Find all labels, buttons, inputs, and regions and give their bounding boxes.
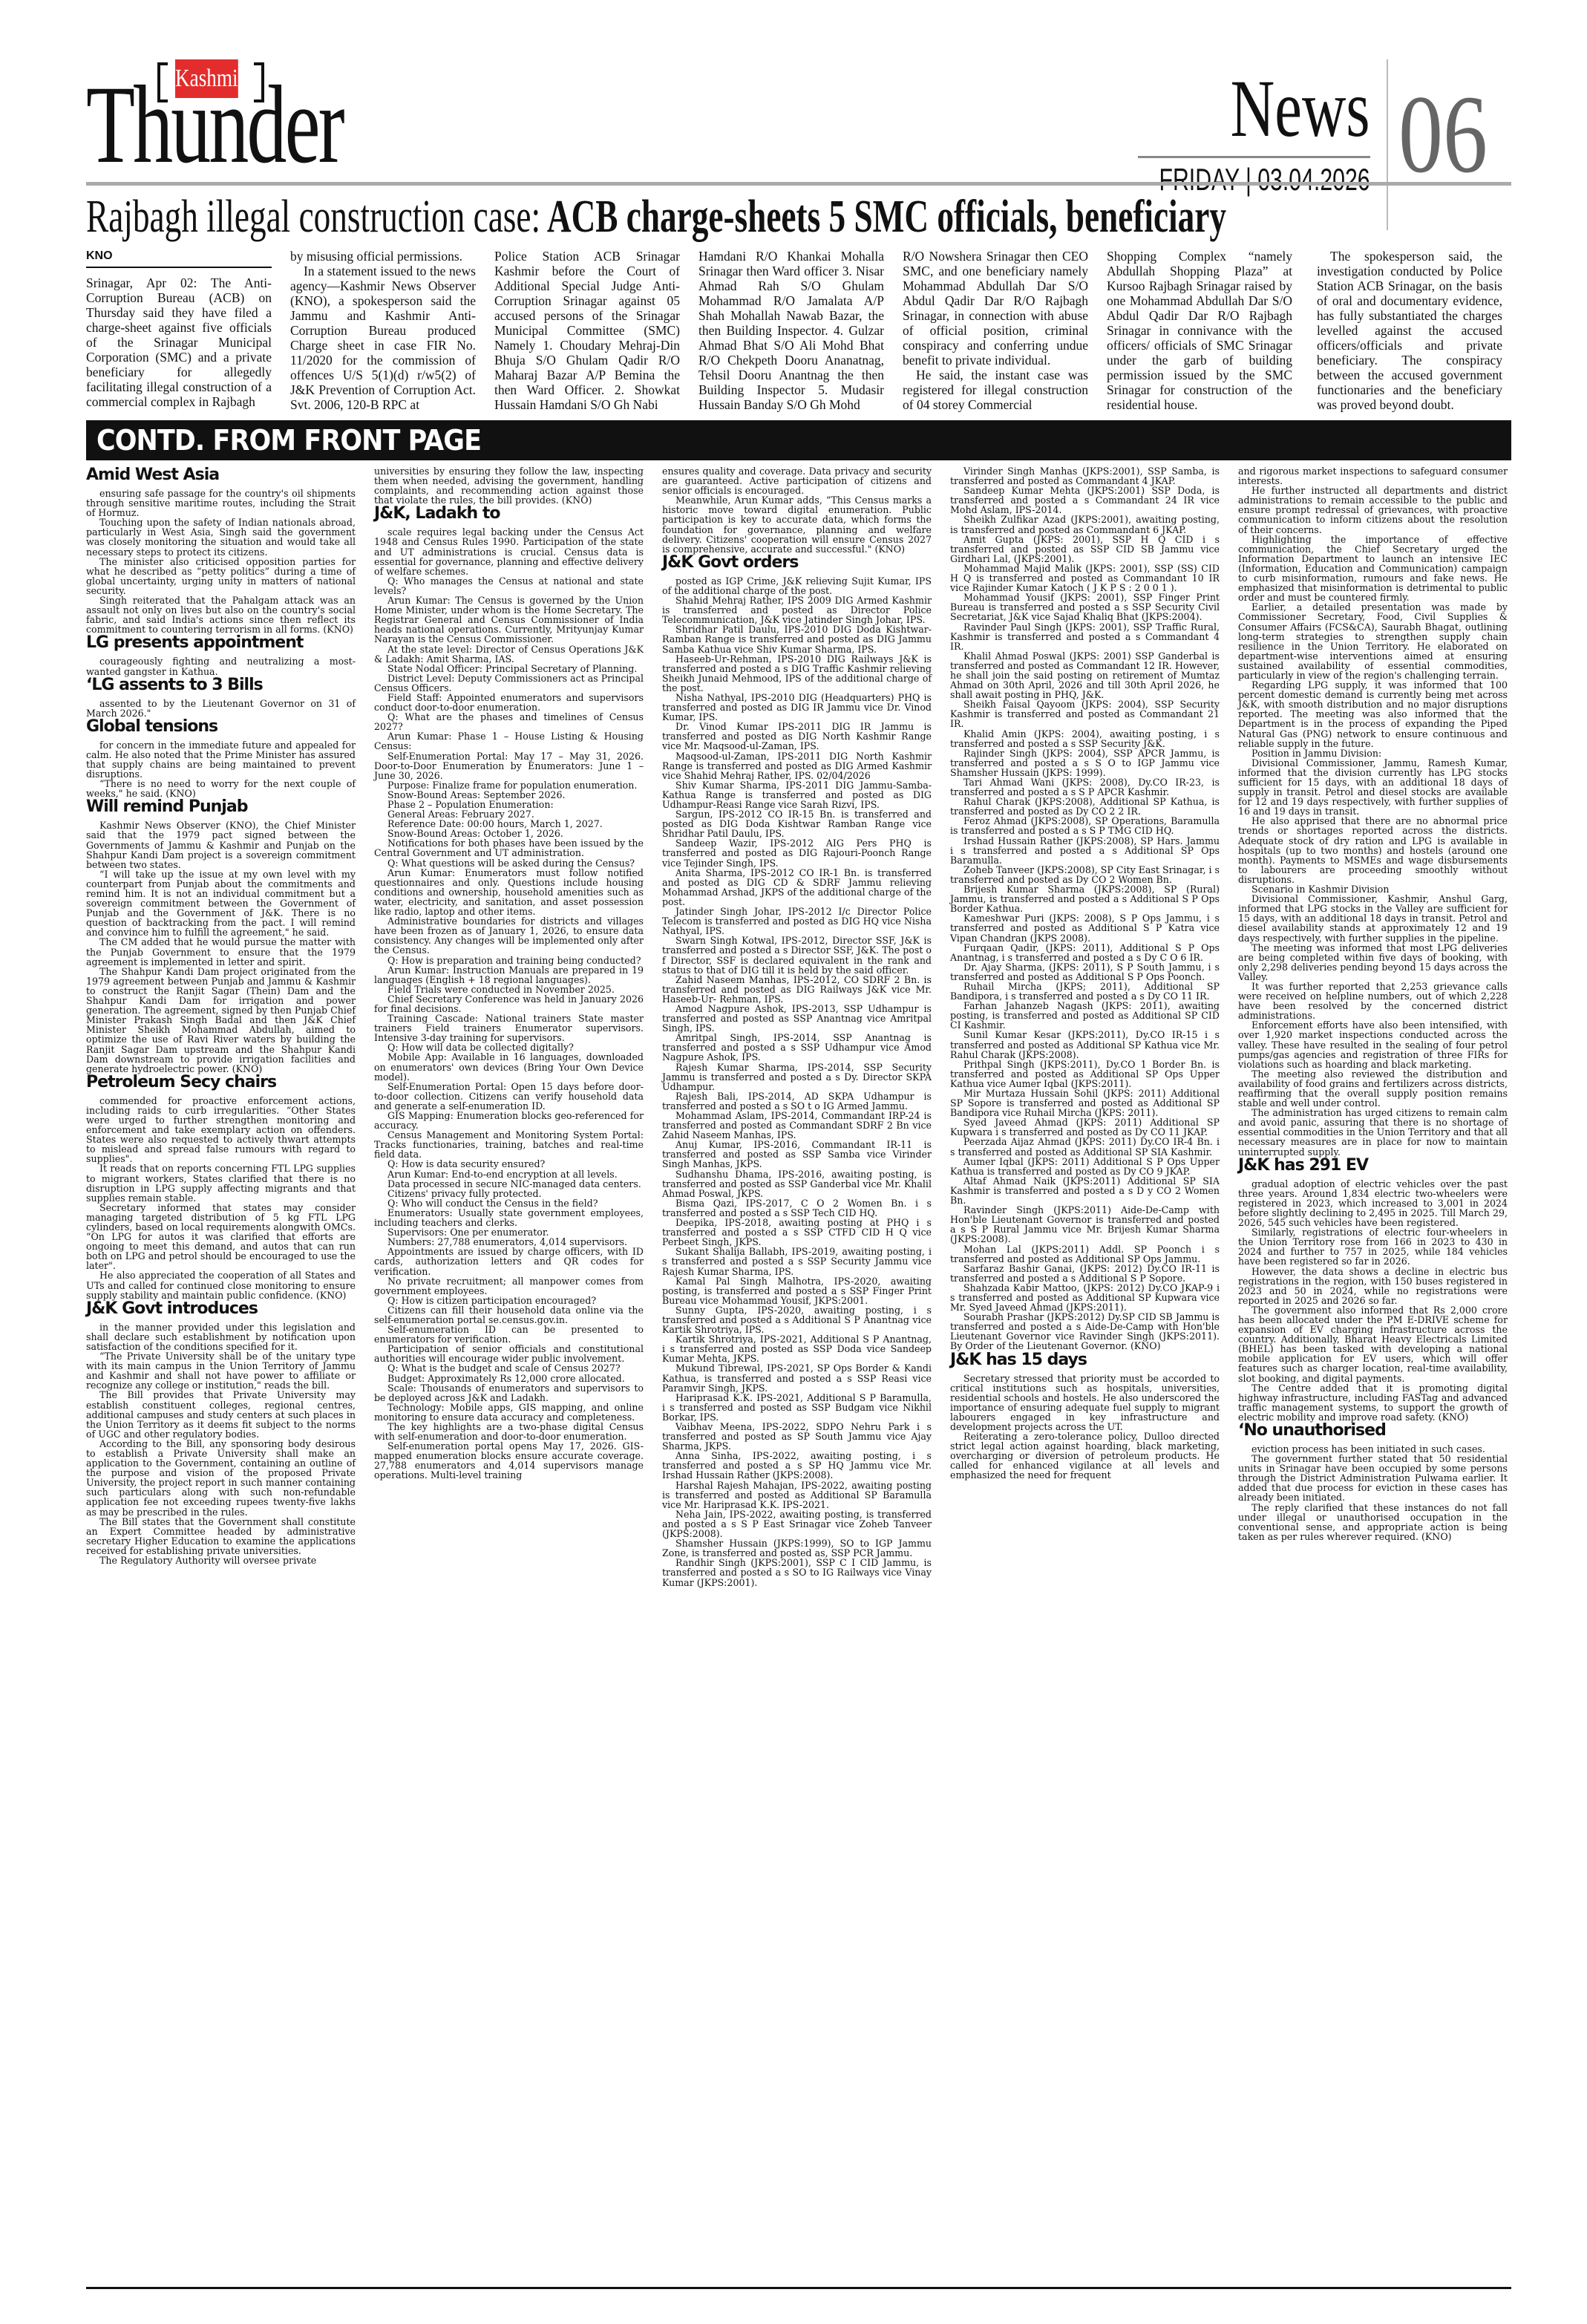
lead-story: KNO Srinagar, Apr 02: The Anti-Corruptio… xyxy=(86,249,1511,408)
story-heading: Will remind Punjab xyxy=(86,798,356,816)
story-paragraph: Mohan Lal (JKPS:2011) Addl. SP Poonch i … xyxy=(950,1244,1220,1264)
story-paragraph: The government also informed that Rs 2,0… xyxy=(1238,1305,1508,1383)
story-paragraph: Anna Sinha, IPS-2022, awaiting posting, … xyxy=(662,1451,932,1480)
story-paragraph: The Centre added that it is promoting di… xyxy=(1238,1383,1508,1422)
story-paragraph: Shahid Mehraj Rather, IPS 2009 DIG Armed… xyxy=(662,595,932,624)
story-paragraph: Self-enumeration portal opens May 17, 20… xyxy=(374,1441,644,1480)
story-paragraph: universities by ensuring they follow the… xyxy=(374,466,644,505)
story-paragraph: Peerzada Aijaz Ahmad (JKPS: 2011) Dy.CO … xyxy=(950,1137,1220,1156)
story-heading: J&K has 15 days xyxy=(950,1351,1220,1369)
story-paragraph: The government further stated that 50 re… xyxy=(1238,1454,1508,1502)
story-paragraph: Sukant Shalija Ballabh, IPS-2019, awaiti… xyxy=(662,1247,932,1276)
story-paragraph: Arun Kumar: Instruction Manuals are prep… xyxy=(374,965,644,985)
story-paragraph: scale requires legal backing under the C… xyxy=(374,527,644,575)
story-paragraph: Divisional Commissioner, Jammu, Ramesh K… xyxy=(1238,758,1508,817)
story-paragraph: Citizens can fill their household data o… xyxy=(374,1305,644,1325)
story-paragraph: Arun Kumar: Phase 1 – House Listing & Ho… xyxy=(374,731,644,751)
story-heading: J&K Govt orders xyxy=(662,554,932,572)
story-paragraph: Deepika, IPS-2018, awaiting posting at P… xyxy=(662,1218,932,1247)
story-paragraph: Similarly, registrations of electric fou… xyxy=(1238,1227,1508,1266)
story-paragraph: It was further reported that 2,253 griev… xyxy=(1238,982,1508,1020)
story-paragraph: “The Private University shall be of the … xyxy=(86,1351,356,1390)
story-paragraph: Sandeep Wazir, IPS-2012 AIG Pers PHQ is … xyxy=(662,838,932,867)
lead-column-6: Shopping Complex “namely Abdullah Shoppi… xyxy=(1107,249,1292,412)
story-paragraph: Tari Ahmad Wani (JKPS: 2008), Dy.CO IR-2… xyxy=(950,777,1220,797)
masthead: Kashmir Thunder News FRIDAY | 03.04.2026… xyxy=(86,59,1511,178)
story-paragraph: gradual adoption of electric vehicles ov… xyxy=(1238,1179,1508,1227)
story-paragraph: Maqsood-ul-Zaman, IPS-2011 DIG North Kas… xyxy=(662,751,932,780)
story-paragraph: Q: How is data security ensured? xyxy=(374,1159,644,1169)
story-paragraph: Mir Murtaza Hussain Sohil (JKPS: 2011) A… xyxy=(950,1088,1220,1117)
story-paragraph: assented to by the Lieutenant Governor o… xyxy=(86,699,356,718)
story-paragraph: Position in Jammu Division: xyxy=(1238,748,1508,758)
lead-column-4: Hamdani R/O Khankai Mohalla Srinagar the… xyxy=(698,249,884,412)
story-paragraph: Haseeb-Ur-Rehman, IPS-2010 DIG Railways … xyxy=(662,654,932,693)
story-paragraph: in the manner provided under this legisl… xyxy=(86,1322,356,1351)
newspaper-page: Kashmir Thunder News FRIDAY | 03.04.2026… xyxy=(86,0,1511,2324)
story-paragraph: Budget: Approximately Rs 12,000 crore al… xyxy=(374,1374,644,1383)
story-paragraph: Kamal Pal Singh Malhotra, IPS-2020, awai… xyxy=(662,1276,932,1305)
story-paragraph: and rigorous market inspections to safeg… xyxy=(1238,466,1508,486)
lead-headline: Rajbagh illegal construction case: ACB c… xyxy=(86,190,1127,244)
column-5: and rigorous market inspections to safeg… xyxy=(1238,466,1508,1541)
story-paragraph: Rajinder Singh (JKPS: 2004), SSP APCR Ja… xyxy=(950,748,1220,777)
story-paragraph: It reads that on reports concerning FTL … xyxy=(86,1163,356,1202)
story-paragraph: The meeting was informed that most LPG d… xyxy=(1238,943,1508,982)
story-paragraph: Arun Kumar: End-to-end encryption at all… xyxy=(374,1169,644,1179)
fifteen-days-story-continued: and rigorous market inspections to safeg… xyxy=(1238,466,1508,1157)
story-paragraph: Aumer Iqbal (JKPS: 2011) Additional S P … xyxy=(950,1157,1220,1176)
story-paragraph: Dr. Vinod Kumar IPS-2011 DIG IR Jammu is… xyxy=(662,722,932,751)
story-paragraph: The Bill states that the Government shal… xyxy=(86,1517,356,1556)
story-paragraph: Khalil Ahmad Poswal (JKPS: 2001) SSP Gan… xyxy=(950,651,1220,699)
lead-column-5: R/O Nowshera Srinagar then CEO SMC, and … xyxy=(903,249,1088,412)
story-paragraph: The minister also criticised opposition … xyxy=(86,557,356,595)
story-heading: ‘No unauthorised xyxy=(1238,1422,1508,1440)
story-paragraph: He also appreciated the cooperation of a… xyxy=(86,1270,356,1299)
story-paragraph: Zoheb Tanveer (JKPS:2008), SP City East … xyxy=(950,865,1220,884)
census-story: scale requires legal backing under the C… xyxy=(374,527,644,1480)
column-4: Virinder Singh Manhas (JKPS:2001), SSP S… xyxy=(950,466,1220,1481)
story-paragraph: He further instructed all departments an… xyxy=(1238,486,1508,534)
lead-column-2: by misusing official permissions. In a s… xyxy=(290,249,476,412)
story-paragraph: Rajesh Bali, IPS-2014, AD SKPA Udhampur … xyxy=(662,1091,932,1111)
column-1: Amid West Asia ensuring safe passage for… xyxy=(86,466,356,1565)
story-paragraph: Farhan Jahanzeb Nagash (JKPS: 2011), awa… xyxy=(950,1001,1220,1030)
column-3: ensures quality and coverage. Data priva… xyxy=(662,466,932,1587)
continued-stories: Amid West Asia ensuring safe passage for… xyxy=(86,466,1511,2278)
story-paragraph: Shridhar Patil Daulu, IPS-2010 DIG Doda … xyxy=(662,624,932,653)
story-paragraph: Amritpal Singh, IPS-2014, SSP Anantnag i… xyxy=(662,1033,932,1062)
story-paragraph: Brijesh Kumar Sharma (JKPS:2008), SP (Ru… xyxy=(950,884,1220,913)
story-paragraph: Q: What is the budget and scale of Censu… xyxy=(374,1363,644,1373)
story-paragraph: Sheikh Zulfikar Azad (JKPS:2001), awaiti… xyxy=(950,515,1220,534)
section-banner-label: CONTD. FROM FRONT PAGE xyxy=(96,423,481,457)
story-paragraph: Appointments are issued by charge office… xyxy=(374,1247,644,1276)
story-paragraph: The Bill provides that Private Universit… xyxy=(86,1390,356,1438)
story-paragraph: Chief Secretary Conference was held in J… xyxy=(374,994,644,1014)
story-paragraph: No private recruitment; all manpower com… xyxy=(374,1276,644,1296)
story-paragraph: The meeting also reviewed the distributi… xyxy=(1238,1069,1508,1108)
story-paragraph: Sarfaraz Bashir Ganai, (JKPS: 2012) Dy.C… xyxy=(950,1264,1220,1283)
story-paragraph: ensures quality and coverage. Data priva… xyxy=(662,466,932,495)
story-paragraph: Arun Kumar: Enumerators must follow noti… xyxy=(374,868,644,916)
story-paragraph: Sandeep Kumar Mehta (JKPS:2001) SSP Doda… xyxy=(950,486,1220,515)
story-paragraph: GIS Mapping: Enumeration blocks geo-refe… xyxy=(374,1111,644,1130)
story-heading: LG presents appointment xyxy=(86,634,356,652)
story-heading: Global tensions xyxy=(86,718,356,736)
story-paragraph: Sheikh Faisal Qayoom (JKPS: 2004), SSP S… xyxy=(950,699,1220,728)
story-paragraph: Syed Javeed Ahmad (JKPS: 2011) Additiona… xyxy=(950,1117,1220,1137)
story-paragraph: Ravinder Singh (JKPS:2011) Aide-De-Camp … xyxy=(950,1205,1220,1244)
story-paragraph: Amod Nagpure Ashok, IPS-2013, SSP Udhamp… xyxy=(662,1004,932,1033)
story-heading: ‘LG assents to 3 Bills xyxy=(86,676,356,694)
byline: KNO xyxy=(86,249,272,268)
story-paragraph: State Nodal Officer: Principal Secretary… xyxy=(374,664,644,673)
story-paragraph: Anita Sharma, IPS-2012 CO IR-1 Bn. is tr… xyxy=(662,868,932,907)
story-paragraph: Arun Kumar: The Census is governed by th… xyxy=(374,595,644,644)
headline-kicker: Rajbagh illegal construction case: xyxy=(86,192,540,242)
story-paragraph: Anuj Kumar, IPS-2016, Commandant IR-11 i… xyxy=(662,1140,932,1169)
lead-paragraph: Hamdani R/O Khankai Mohalla Srinagar the… xyxy=(698,249,884,412)
story-paragraph: Amit Gupta (JKPS: 2001), SSP H Q CID i s… xyxy=(950,535,1220,564)
story-paragraph: Q: Who will conduct the Census in the fi… xyxy=(374,1198,644,1208)
lead-paragraph: R/O Nowshera Srinagar then CEO SMC, and … xyxy=(903,249,1088,368)
orders-story-continued: Virinder Singh Manhas (JKPS:2001), SSP S… xyxy=(950,466,1220,1351)
story-paragraph: Vaibhav Meena, IPS-2022, SDPO Nehru Park… xyxy=(662,1422,932,1451)
story-paragraph: Q: What are the phases and timelines of … xyxy=(374,712,644,731)
brand-logo-thunder: Thunder xyxy=(86,80,343,169)
lead-paragraph: The spokesperson said, the investigation… xyxy=(1317,249,1502,412)
story-paragraph: Regarding LPG supply, it was informed th… xyxy=(1238,680,1508,748)
story-paragraph: Kameshwar Puri (JKPS: 2008), S P Ops Jam… xyxy=(950,913,1220,942)
story-paragraph: Swarn Singh Kotwal, IPS-2012, Director S… xyxy=(662,936,932,974)
story-paragraph: Rajesh Kumar Sharma, IPS-2014, SSP Secur… xyxy=(662,1063,932,1091)
story-paragraph: “I will take up the issue at my own leve… xyxy=(86,869,356,938)
story-paragraph: Mohammad Yousif (JKPS: 2001), SSP Finger… xyxy=(950,593,1220,621)
story-paragraph: Shiv Kumar Sharma, IPS-2011 DIG Jammu-Sa… xyxy=(662,780,932,809)
story-paragraph: Data processed in secure NIC-managed dat… xyxy=(374,1179,644,1189)
story-paragraph: Mohammad Aslam, IPS-2014, Commandant IRP… xyxy=(662,1111,932,1140)
story-paragraph: Kashmir News Observer (KNO), the Chief M… xyxy=(86,820,356,869)
story-paragraph: Kartik Shrotriya, IPS-2021, Additional S… xyxy=(662,1334,932,1363)
story-heading: Petroleum Secy chairs xyxy=(86,1074,356,1091)
story-paragraph: At the state level: Director of Census O… xyxy=(374,644,644,664)
story-paragraph: Training Cascade: National trainers Stat… xyxy=(374,1014,644,1042)
story-paragraph: Secretary informed that states may consi… xyxy=(86,1203,356,1271)
story-paragraph: Jatinder Singh Johar, IPS-2012 I/c Direc… xyxy=(662,907,932,936)
story-paragraph: The administration has urged citizens to… xyxy=(1238,1108,1508,1156)
story-paragraph: Census Management and Monitoring System … xyxy=(374,1130,644,1159)
lead-paragraph: Police Station ACB Srinagar Kashmir befo… xyxy=(494,249,680,412)
orders-story: posted as IGP Crime, J&K relieving Sujit… xyxy=(662,576,932,1587)
story-paragraph: Self-enumeration ID can be presented to … xyxy=(374,1325,644,1344)
story-paragraph: Harshal Rajesh Mahajan, IPS-2022, awaiti… xyxy=(662,1481,932,1509)
story-paragraph: Hariprasad K.K. IPS-2021, Additional S P… xyxy=(662,1393,932,1422)
lead-column-3: Police Station ACB Srinagar Kashmir befo… xyxy=(494,249,680,412)
story-paragraph: Sudhanshu Dhama, IPS-2016, awaiting post… xyxy=(662,1169,932,1198)
story-paragraph: ensuring safe passage for the country's … xyxy=(86,489,356,518)
story-paragraph: Administrative boundaries for districts … xyxy=(374,916,644,955)
story-paragraph: Prithpal Singh (JKPS:2011), Dy.CO 1 Bord… xyxy=(950,1060,1220,1088)
masthead-rule xyxy=(86,182,1511,186)
story-paragraph: Q: How is preparation and training being… xyxy=(374,956,644,965)
headline-main: ACB charge-sheets 5 SMC officials, benef… xyxy=(547,192,1226,242)
story-paragraph: Q: What questions will be asked during t… xyxy=(374,858,644,868)
story-heading: J&K, Ladakh to xyxy=(374,505,644,523)
story-paragraph: Zahid Naseem Manhas, IPS-2012, CO SDRF 2… xyxy=(662,975,932,1004)
lead-paragraph: Srinagar, Apr 02: The Anti-Corruption Bu… xyxy=(86,275,272,409)
story-paragraph: Sunny Gupta, IPS-2020, awaiting posting,… xyxy=(662,1305,932,1334)
story-paragraph: Nisha Nathyal, IPS-2010 DIG (Headquarter… xyxy=(662,693,932,722)
story-paragraph: Shamsher Hussain (JKPS:1999), SO to IGP … xyxy=(662,1538,932,1558)
story-paragraph: Enumerators: Usually state government em… xyxy=(374,1208,644,1227)
story-paragraph: for concern in the immediate future and … xyxy=(86,740,356,779)
section-rule xyxy=(1138,156,1370,158)
story-paragraph: “There is no need to worry for the next … xyxy=(86,779,356,798)
story-paragraph: Mukund Tibrewal, IPS-2021, SP Ops Border… xyxy=(662,1363,932,1392)
story-paragraph: According to the Bill, any sponsoring bo… xyxy=(86,1439,356,1517)
story-paragraph: Notifications for both phases have been … xyxy=(374,838,644,858)
story-paragraph: Feroz Ahmad (JKPS:2008), SP Operations, … xyxy=(950,816,1220,835)
lead-paragraph: by misusing official permissions. xyxy=(290,249,476,264)
story-paragraph: Scale: Thousands of enumerators and supe… xyxy=(374,1383,644,1403)
story-paragraph: Citizens' privacy fully protected. xyxy=(374,1189,644,1198)
story-paragraph: Randhir Singh (JKPS:2001), SSP C I CID J… xyxy=(662,1558,932,1587)
story-heading: J&K has 291 EV xyxy=(1238,1157,1508,1175)
lead-column-7: The spokesperson said, the investigation… xyxy=(1317,249,1502,412)
story-paragraph: District Level: Deputy Commissioners act… xyxy=(374,673,644,693)
story-paragraph: Mobile App: Available in 16 languages, d… xyxy=(374,1052,644,1081)
story-paragraph: Bisma Qazi, IPS-2017, C O 2 Women Bn. i … xyxy=(662,1198,932,1218)
story-paragraph: The reply clarified that these instances… xyxy=(1238,1503,1508,1541)
story-paragraph: Altaf Ahmad Naik (JKPS:2011) Additional … xyxy=(950,1176,1220,1205)
lead-paragraph: In a statement issued to the news agency… xyxy=(290,264,476,412)
story-paragraph: However, the data shows a decline in ele… xyxy=(1238,1267,1508,1305)
story-paragraph: Self-Enumeration Portal: May 17 – May 31… xyxy=(374,751,644,780)
story-paragraph: Dr. Ajay Sharma, (JKPS: 2011), S P South… xyxy=(950,962,1220,982)
story-paragraph: Enforcement efforts have also been inten… xyxy=(1238,1020,1508,1068)
story-paragraph: Meanwhile, Arun Kumar adds, “This Census… xyxy=(662,495,932,554)
bottom-rule xyxy=(86,2287,1511,2289)
story-paragraph: commended for proactive enforcement acti… xyxy=(86,1096,356,1164)
story-paragraph: Shahzada Kabir Mattoo, (JKPS: 2012) Dy.C… xyxy=(950,1283,1220,1312)
column-2: universities by ensuring they follow the… xyxy=(374,466,644,1481)
story-paragraph: Q: How is citizen participation encourag… xyxy=(374,1296,644,1305)
story-paragraph: Touching upon the safety of Indian natio… xyxy=(86,518,356,556)
page-number-divider xyxy=(1387,59,1388,230)
story-paragraph: Earlier, a detailed presentation was mad… xyxy=(1238,602,1508,680)
story-paragraph: Secretary stressed that priority must be… xyxy=(950,1374,1220,1432)
story-paragraph: Sourabh Prashar (JKPS:2012) Dy.SP CID SB… xyxy=(950,1312,1220,1351)
story-paragraph: Sunil Kumar Kesar (JKPS:2011), Dy.CO IR-… xyxy=(950,1030,1220,1059)
story-paragraph: Purpose: Finalize frame for population e… xyxy=(374,780,644,790)
story-paragraph: Mohammad Majid Malik (JKPS: 2001), SSP (… xyxy=(950,564,1220,593)
story-paragraph: Ravinder Paul Singh (JKPS: 2001), SSP Tr… xyxy=(950,622,1220,651)
story-paragraph: The CM added that he would pursue the ma… xyxy=(86,937,356,966)
lead-paragraph: Shopping Complex “namely Abdullah Shoppi… xyxy=(1107,249,1292,412)
story-paragraph: Khalid Amin (JKPS: 2004), awaiting posti… xyxy=(950,729,1220,748)
story-paragraph: Self-Enumeration Portal: Open 15 days be… xyxy=(374,1082,644,1111)
story-paragraph: He also apprised that there are no abnor… xyxy=(1238,816,1508,884)
story-paragraph: Singh reiterated that the Pahalgam attac… xyxy=(86,595,356,634)
story-paragraph: Highlighting the importance of effective… xyxy=(1238,535,1508,603)
section-banner: CONTD. FROM FRONT PAGE xyxy=(86,420,1511,460)
lead-paragraph: He said, the instant case was registered… xyxy=(903,368,1088,412)
story-paragraph: Sargun, IPS-2012 CO IR-15 Bn. is transfe… xyxy=(662,809,932,838)
story-paragraph: Participation of senior officials and co… xyxy=(374,1344,644,1363)
story-paragraph: Rahul Charak (JKPS:2008), Additional SP … xyxy=(950,797,1220,816)
story-paragraph: Divisional Commissioner, Kashmir, Anshul… xyxy=(1238,894,1508,942)
lead-column-1: KNO Srinagar, Apr 02: The Anti-Corruptio… xyxy=(86,249,272,409)
story-heading: Amid West Asia xyxy=(86,466,356,484)
story-paragraph: The Shahpur Kandi Dam project originated… xyxy=(86,967,356,1074)
page-number: 06 xyxy=(1398,86,1488,183)
story-heading: J&K Govt introduces xyxy=(86,1300,356,1318)
story-paragraph: posted as IGP Crime, J&K relieving Sujit… xyxy=(662,576,932,595)
section-title: News xyxy=(1231,71,1370,146)
story-paragraph: Q: Who manages the Census at national an… xyxy=(374,576,644,595)
story-paragraph: Ruhail Mircha (JKPS; 2011), Additional S… xyxy=(950,982,1220,1001)
story-paragraph: Field Trials were conducted in November … xyxy=(374,985,644,994)
story-paragraph: Technology: Mobile apps, GIS mapping, an… xyxy=(374,1403,644,1422)
story-paragraph: Furqaan Qadir, (JKPS: 2011), Additional … xyxy=(950,943,1220,962)
story-paragraph: Irshad Hussain Rather (JKPS:2008), SP Ha… xyxy=(950,836,1220,865)
story-paragraph: Virinder Singh Manhas (JKPS:2001), SSP S… xyxy=(950,466,1220,486)
story-paragraph: The key highlights are a two-phase digit… xyxy=(374,1422,644,1441)
story-paragraph: courageously fighting and neutralizing a… xyxy=(86,656,356,676)
story-paragraph: Reiterating a zero-tolerance policy, Dul… xyxy=(950,1432,1220,1480)
story-paragraph: Field Staff: Appointed enumerators and s… xyxy=(374,693,644,712)
story-paragraph: The Regulatory Authority will oversee pr… xyxy=(86,1556,356,1565)
story-paragraph: Neha Jain, IPS-2022, awaiting posting, i… xyxy=(662,1509,932,1538)
